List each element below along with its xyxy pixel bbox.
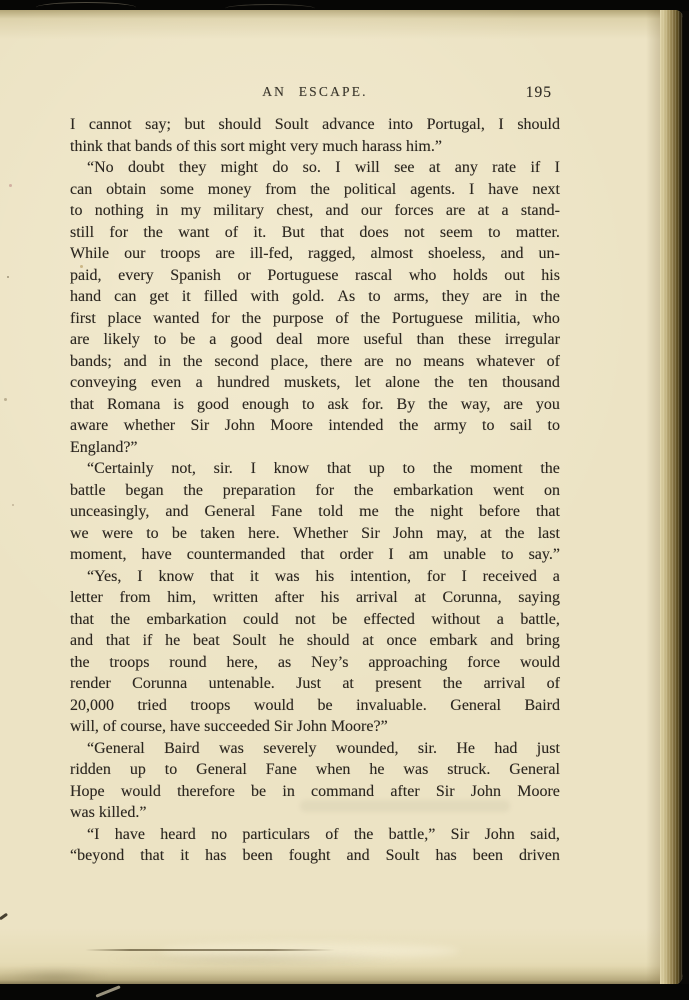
text-line: HopewouldthereforebeincommandafterSirJoh… <box>70 781 560 803</box>
text-line: unceasingly,andGeneralFanetoldmethenight… <box>70 501 560 523</box>
text-line: Icannotsay;butshouldSoultadvanceintoPort… <box>70 114 560 136</box>
running-title: AN ESCAPE. <box>70 84 560 100</box>
text-line: awarewhetherSirJohnMooreintendedthearmyt… <box>70 415 560 437</box>
text-line: will, of course, have succeeded Sir John… <box>70 716 560 738</box>
ink-showthrough <box>300 800 510 812</box>
text-line: paid,everySpanishorPortugueserascalwhoho… <box>70 265 560 287</box>
text-line: firstplacewantedforthepurposeofthePortug… <box>70 308 560 330</box>
text-line: handcangetitfilledwithgold.Astoarms,they… <box>70 286 560 308</box>
text-line: letterfromhim,writtenafterhisarrivalatCo… <box>70 587 560 609</box>
crease-line <box>85 949 335 951</box>
page-header: AN ESCAPE. 195 <box>70 84 560 102</box>
gutter-shadow-right <box>646 10 660 986</box>
text-line: tonothinginmymilitarychest,andourforcesa… <box>70 200 560 222</box>
text-line: conveyingevenahundredmuskets,letalonethe… <box>70 372 560 394</box>
edge-mark <box>0 913 8 921</box>
text-line: 20,000triedtroopswouldbeinvaluable.Gener… <box>70 695 560 717</box>
page-stack-bottom <box>0 966 683 986</box>
text-line: canobtainsomemoneyfromthepoliticalagents… <box>70 179 560 201</box>
book-page: AN ESCAPE. 195 Icannotsay;butshouldSoult… <box>0 10 683 986</box>
text-line: renderCorunnauntenable.Justatpresentthea… <box>70 673 560 695</box>
book-scan-photo: AN ESCAPE. 195 Icannotsay;butshouldSoult… <box>0 0 689 1000</box>
text-line: thetroopsroundhere,asNey’sapproachingfor… <box>70 652 560 674</box>
page-fore-edge <box>660 10 683 986</box>
text-line: thatRomanaisgoodenoughtoaskfor.Bytheway,… <box>70 394 560 416</box>
photo-background-bottom <box>0 984 689 1000</box>
text-line: stillforthewantofit.Butthatdoesnotseemto… <box>70 222 560 244</box>
text-line: riddenuptoGeneralFanewhenhewasstruck.Gen… <box>70 759 560 781</box>
text-line: moment,havecountermandedthatorderIamunab… <box>70 544 560 566</box>
text-line: “Nodoubttheymightdoso.Iwillseeatanyratei… <box>70 157 560 179</box>
foxing-speck <box>80 265 83 268</box>
text-line: England?” <box>70 437 560 459</box>
text-line: think that bands of this sort might very… <box>70 136 560 158</box>
text-line: “GeneralBairdwasseverelywounded,sir.Heha… <box>70 738 560 760</box>
text-line: arelikelytobeagooddealmoreusefulthanthes… <box>70 329 560 351</box>
page-corner-highlight <box>95 985 120 997</box>
foxing-speck <box>4 398 7 401</box>
foxing-speck <box>9 184 12 187</box>
page-text: Icannotsay;butshouldSoultadvanceintoPort… <box>70 114 560 867</box>
text-line: andthatifhebeatSoultheshouldatonceembark… <box>70 630 560 652</box>
text-line: “beyondthatithasbeenfoughtandSoulthasbee… <box>70 845 560 867</box>
text-line: “Certainlynot,sir.Iknowthatuptothemoment… <box>70 458 560 480</box>
text-line: “Yes,Iknowthatitwashisintention,forIrece… <box>70 566 560 588</box>
text-line: “Ihaveheardnoparticularsofthebattle,”Sir… <box>70 824 560 846</box>
text-line: weweretobetakenhere.WhetherSirJohnmay,at… <box>70 523 560 545</box>
page-number: 195 <box>526 84 552 102</box>
foxing-speck <box>12 504 14 506</box>
text-line: thattheembarkationcouldnotbeeffectedwith… <box>70 609 560 631</box>
text-line: bands;andinthesecondplace,therearenomean… <box>70 351 560 373</box>
text-line: battlebeganthepreparationfortheembarkati… <box>70 480 560 502</box>
foxing-speck <box>7 276 9 278</box>
text-line: Whileourtroopsareill-fed,ragged,almostsh… <box>70 243 560 265</box>
